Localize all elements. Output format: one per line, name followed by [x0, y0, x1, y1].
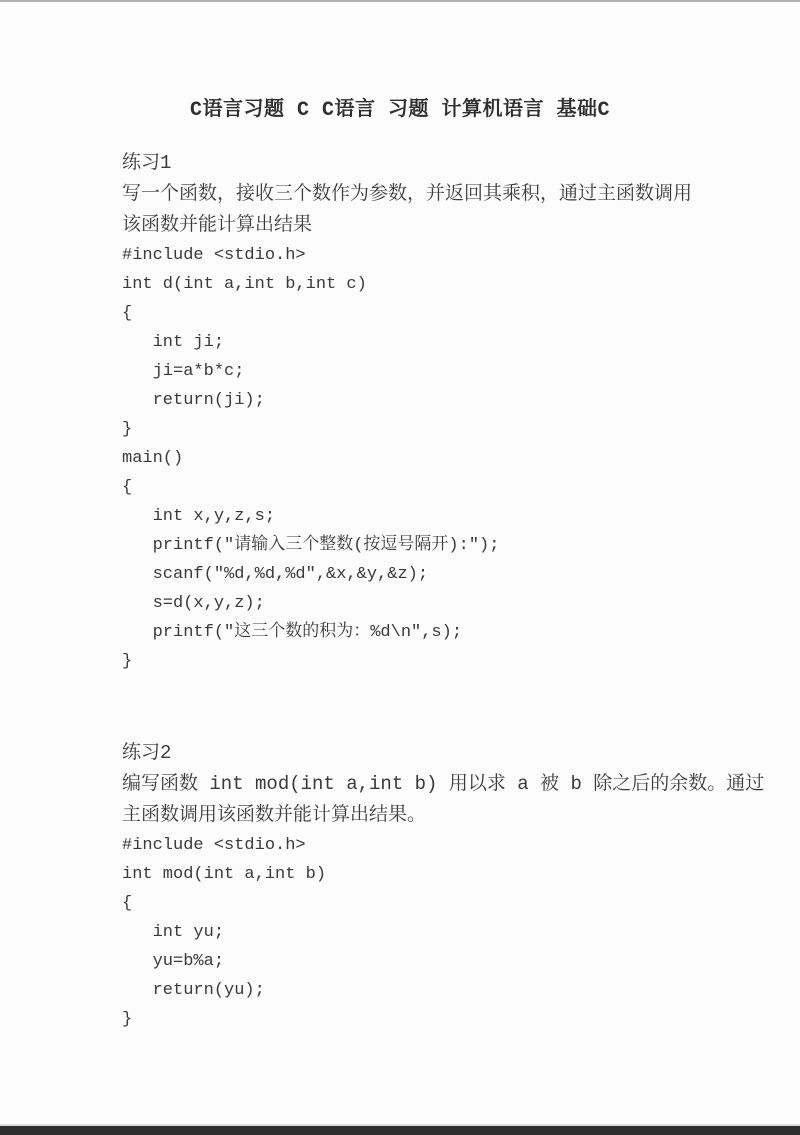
code-line: return(ji); [122, 386, 678, 415]
code-line: int yu; [122, 918, 678, 947]
code-line: int ji; [122, 328, 678, 357]
exercise-1-section: 练习1 写一个函数，接收三个数作为参数，并返回其乘积，通过主函数调用 该函数并能… [122, 148, 678, 676]
code-line: scanf("%d,%d,%d",&x,&y,&z); [122, 560, 678, 589]
code-line: main() [122, 444, 678, 473]
code-line: } [122, 1005, 678, 1034]
code-line: printf("请输入三个整数(按逗号隔开):"); [122, 531, 678, 560]
page-bottom-edge-bar [0, 1124, 800, 1135]
exercise-2-description-line: 主函数调用该函数并能计算出结果。 [122, 800, 678, 831]
code-line: int d(int a,int b,int c) [122, 270, 678, 299]
page-top-edge-line [0, 0, 800, 2]
code-line: printf("这三个数的积为：%d\n",s); [122, 618, 678, 647]
exercise-2-code-block: #include <stdio.h> int mod(int a,int b) … [122, 831, 678, 1034]
exercise-1-code-block: #include <stdio.h> int d(int a,int b,int… [122, 241, 678, 676]
exercise-1-description-line: 该函数并能计算出结果 [122, 210, 678, 241]
code-line: int x,y,z,s; [122, 502, 678, 531]
exercise-2-heading: 练习2 [122, 738, 678, 769]
code-line: int mod(int a,int b) [122, 860, 678, 889]
code-line: ji=a*b*c; [122, 357, 678, 386]
exercise-1-description-line: 写一个函数，接收三个数作为参数，并返回其乘积，通过主函数调用 [122, 179, 678, 210]
document-page: C语言习题 C C语言 习题 计算机语言 基础C 练习1 写一个函数，接收三个数… [122, 98, 678, 1034]
code-line: #include <stdio.h> [122, 831, 678, 860]
code-line: { [122, 473, 678, 502]
code-line: { [122, 299, 678, 328]
code-line: } [122, 415, 678, 444]
code-line: } [122, 647, 678, 676]
page-title: C语言习题 C C语言 习题 计算机语言 基础C [122, 98, 678, 124]
exercise-2-section: 练习2 编写函数 int mod(int a,int b) 用以求 a 被 b … [122, 738, 678, 1034]
code-line: yu=b%a; [122, 947, 678, 976]
exercise-2-description-line: 编写函数 int mod(int a,int b) 用以求 a 被 b 除之后的… [122, 769, 678, 800]
code-line: s=d(x,y,z); [122, 589, 678, 618]
code-line: #include <stdio.h> [122, 241, 678, 270]
code-line: return(yu); [122, 976, 678, 1005]
code-line: { [122, 889, 678, 918]
exercise-1-heading: 练习1 [122, 148, 678, 179]
